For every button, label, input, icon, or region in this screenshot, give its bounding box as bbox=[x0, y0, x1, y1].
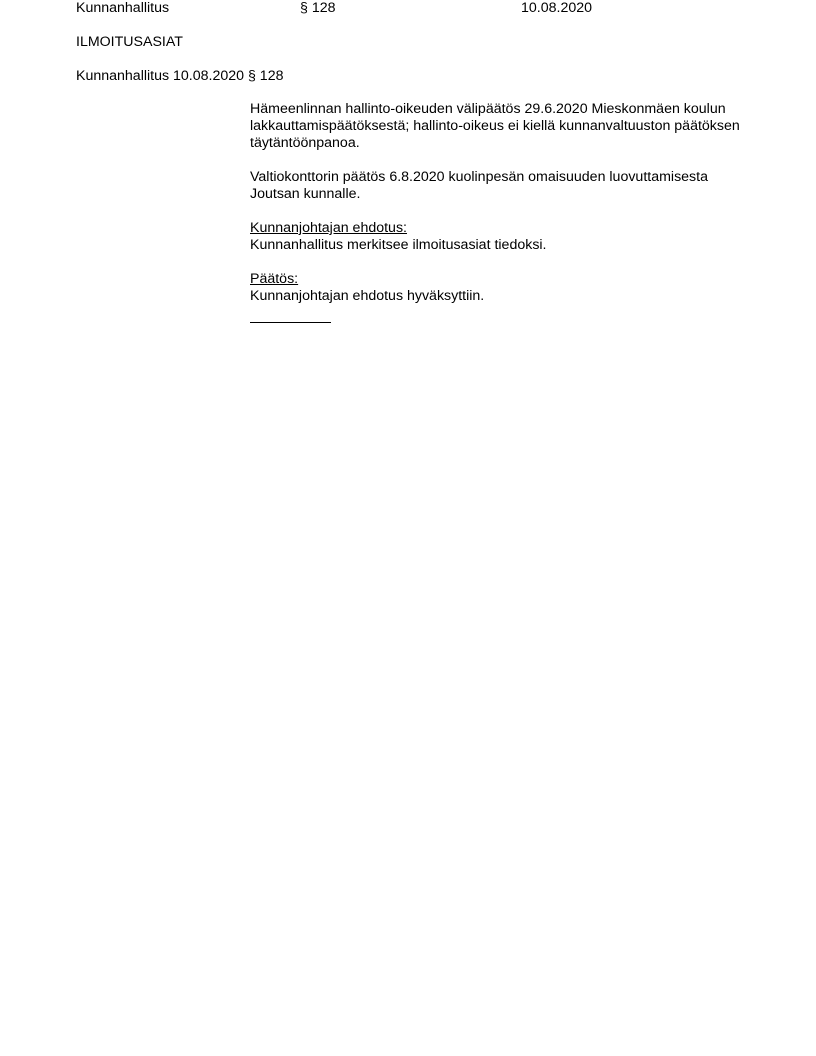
notice-item-1: Hämeenlinnan hallinto-oikeuden välipäätö… bbox=[250, 101, 750, 152]
proposal-heading: Kunnanjohtajan ehdotus: bbox=[250, 220, 750, 237]
proposal-section: Kunnanjohtajan ehdotus: Kunnanhallitus m… bbox=[250, 220, 750, 254]
decision-heading: Päätös: bbox=[250, 271, 750, 288]
header-body-name: Kunnanhallitus bbox=[76, 0, 169, 17]
meeting-reference: Kunnanhallitus 10.08.2020 § 128 bbox=[76, 68, 283, 85]
header-section-number: § 128 bbox=[300, 0, 336, 17]
document-body: Hämeenlinnan hallinto-oikeuden välipäätö… bbox=[250, 101, 750, 323]
end-divider-line bbox=[250, 322, 331, 323]
decision-text: Kunnanjohtajan ehdotus hyväksyttiin. bbox=[250, 288, 484, 304]
notice-item-2: Valtiokonttorin päätös 6.8.2020 kuolinpe… bbox=[250, 169, 750, 203]
proposal-text: Kunnanhallitus merkitsee ilmoitusasiat t… bbox=[250, 237, 547, 253]
document-title: ILMOITUSASIAT bbox=[76, 34, 183, 51]
header-date: 10.08.2020 bbox=[521, 0, 592, 17]
decision-section: Päätös: Kunnanjohtajan ehdotus hyväksytt… bbox=[250, 271, 750, 305]
